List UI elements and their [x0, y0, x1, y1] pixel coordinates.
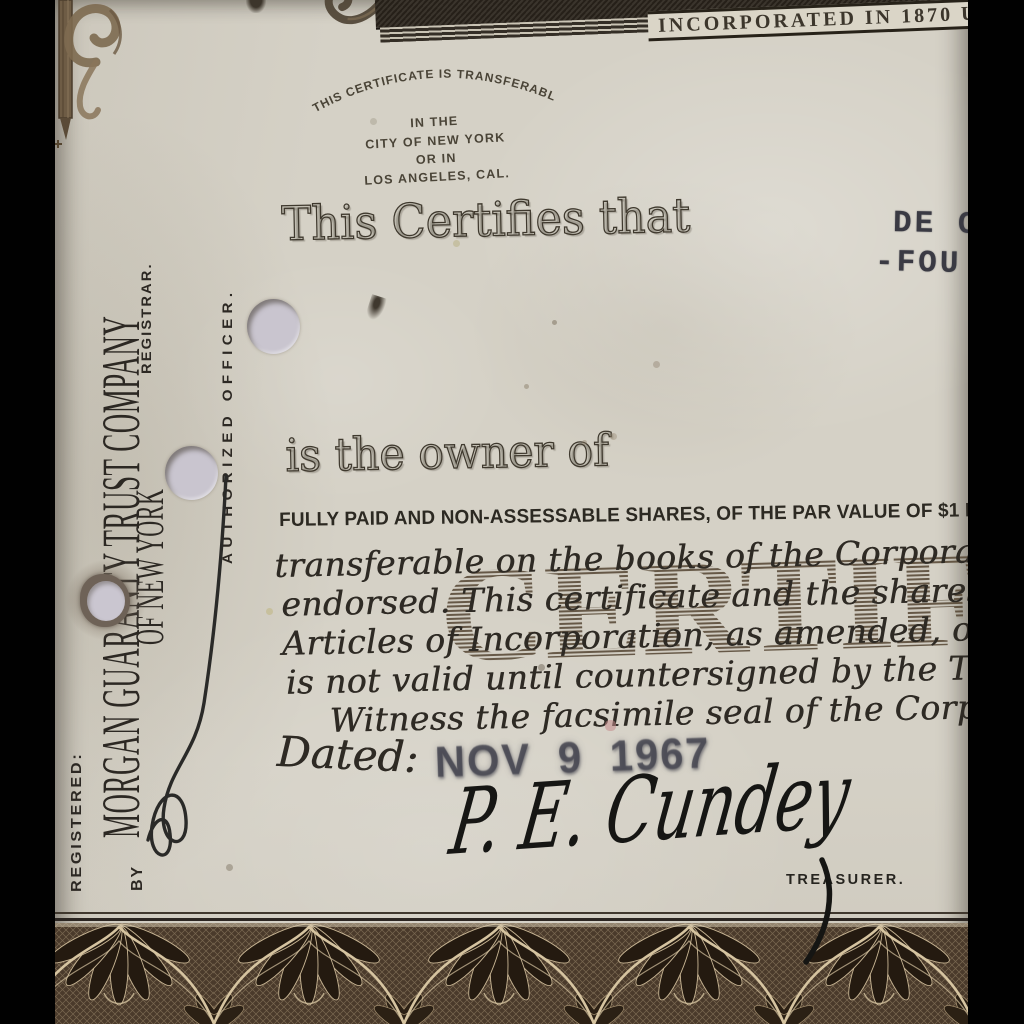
left-border-ornament	[55, 0, 136, 152]
transfer-notice-arc-text: THIS CERTIFICATE IS TRANSFERABLE	[290, 35, 559, 118]
torn-hole	[87, 581, 125, 621]
dated-label: Dated:	[276, 727, 419, 782]
signature-descender-stroke	[778, 856, 848, 968]
registrar-title: REGISTRAR.	[138, 262, 154, 374]
certifies-line: This Certifies that	[281, 188, 691, 252]
transfer-notice-line4: LOS ANGELES, CAL.	[364, 166, 510, 188]
stock-certificate-photo: INCORPORATED IN 1870 U THIS CERTIFICATE …	[0, 0, 1024, 1024]
registrar-signature-squiggle	[128, 466, 248, 922]
typed-line-2: -FOU	[875, 245, 962, 282]
punch-hole	[247, 299, 300, 354]
transfer-notice-line2: CITY OF NEW YORK	[365, 130, 506, 151]
registered-label: REGISTERED:	[68, 752, 85, 892]
transfer-notice-line1: IN THE	[410, 114, 459, 131]
paper-tear	[365, 294, 388, 322]
treasurer-signature: P. E. Cundey	[445, 750, 855, 869]
legal-paragraph: transferable on the books of the Corpora…	[274, 528, 968, 741]
banner-fragment	[246, 0, 266, 13]
transfer-notice: THIS CERTIFICATE IS TRANSFERABLE IN THE …	[290, 35, 577, 197]
typed-line-1: DE C	[893, 206, 968, 243]
transfer-notice-line3: OR IN	[416, 151, 457, 167]
owner-line: is the owner of	[285, 423, 609, 482]
punch-hole	[165, 446, 218, 500]
certificate-paper: INCORPORATED IN 1870 U THIS CERTIFICATE …	[55, 0, 968, 1024]
